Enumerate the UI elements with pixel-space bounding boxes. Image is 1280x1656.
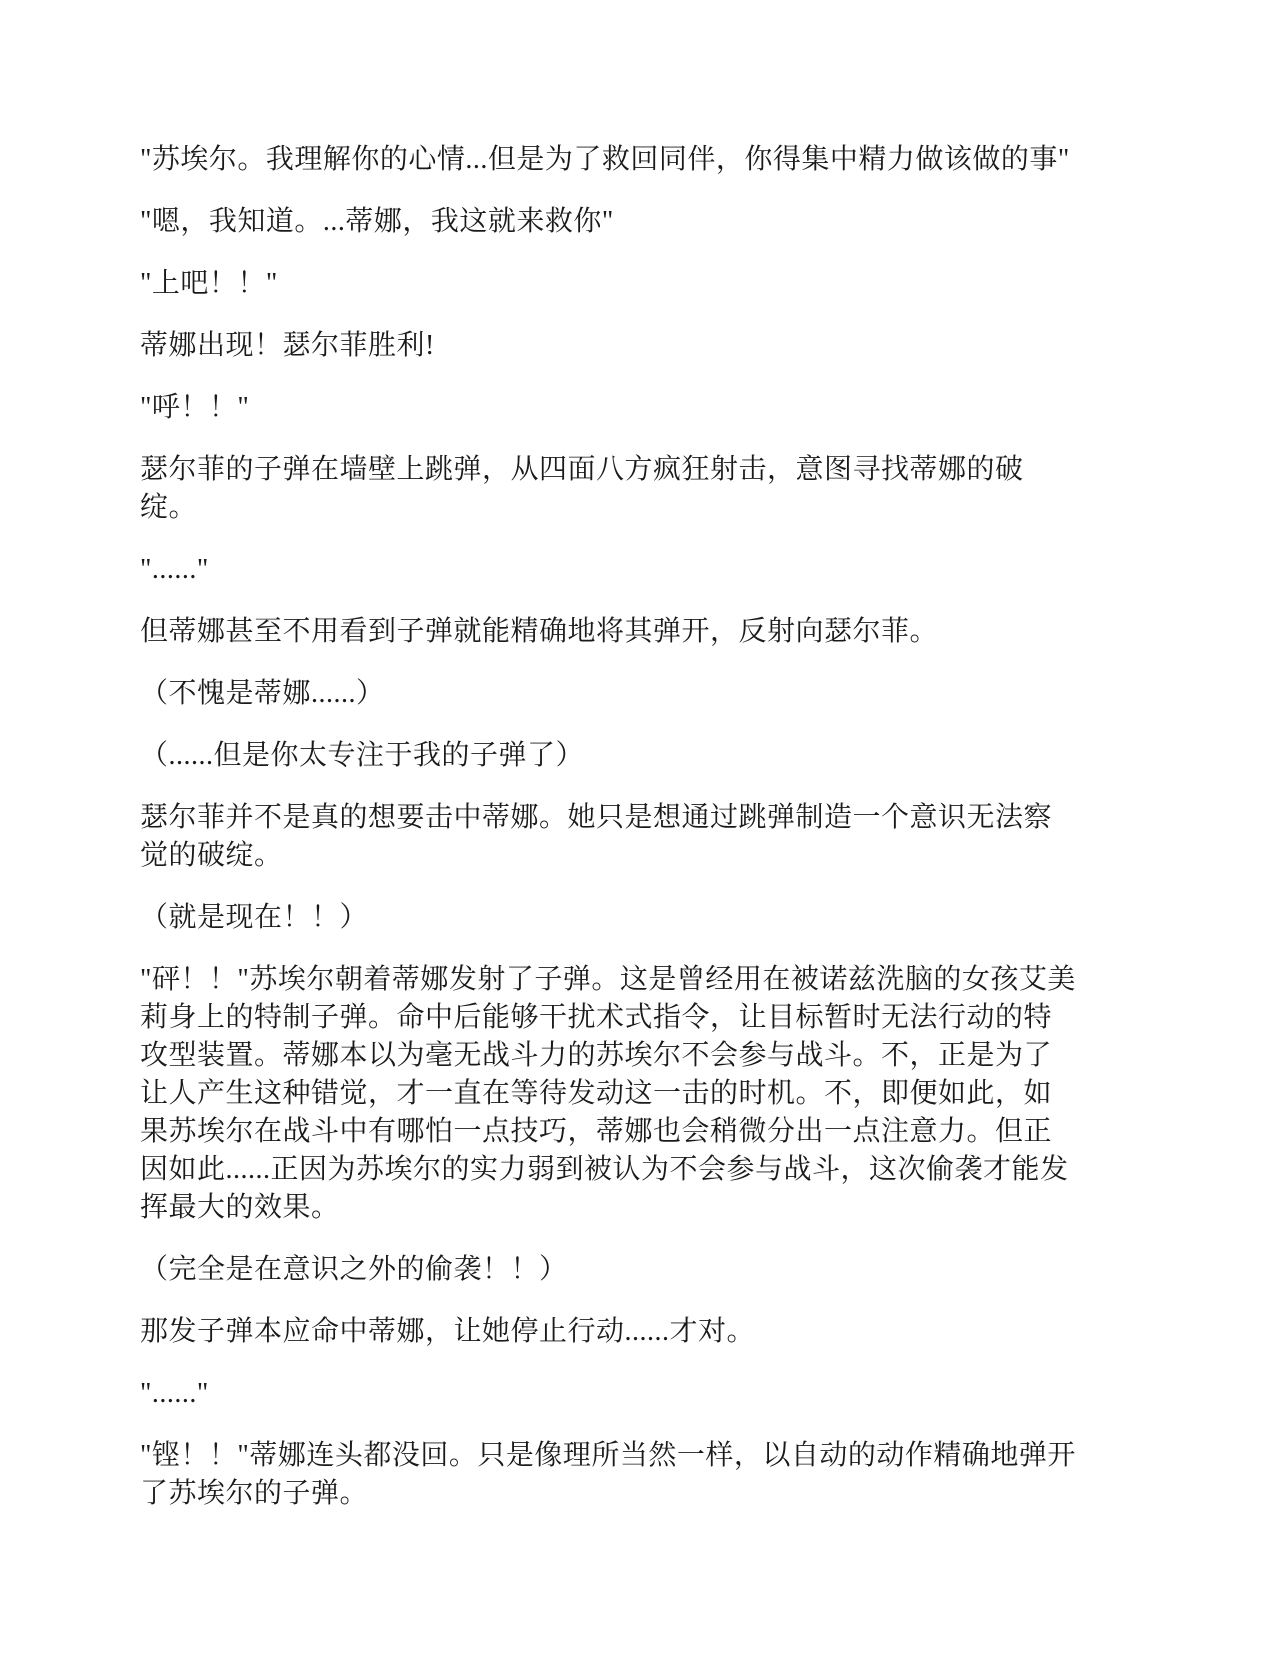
paragraph: "......" <box>140 1375 1080 1413</box>
paragraph: "上吧！！" <box>140 265 1080 303</box>
paragraph: （就是现在！！） <box>140 899 1080 937</box>
paragraph: （完全是在意识之外的偷袭！！） <box>140 1251 1080 1289</box>
paragraph: "嗯，我知道。...蒂娜，我这就来救你" <box>140 203 1080 241</box>
paragraph: "呼！！" <box>140 389 1080 427</box>
paragraph: （不愧是蒂娜......） <box>140 675 1080 713</box>
paragraph: 瑟尔菲的子弹在墙壁上跳弹，从四面八方疯狂射击，意图寻找蒂娜的破绽。 <box>140 451 1080 527</box>
paragraph: "苏埃尔。我理解你的心情...但是为了救回同伴，你得集中精力做该做的事" <box>140 141 1080 179</box>
paragraph: "砰！！"苏埃尔朝着蒂娜发射了子弹。这是曾经用在被诺兹洗脑的女孩艾美莉身上的特制… <box>140 961 1080 1227</box>
paragraph: 瑟尔菲并不是真的想要击中蒂娜。她只是想通过跳弹制造一个意识无法察觉的破绽。 <box>140 799 1080 875</box>
paragraph: 那发子弹本应命中蒂娜，让她停止行动......才对。 <box>140 1313 1080 1351</box>
paragraph: 但蒂娜甚至不用看到子弹就能精确地将其弹开，反射向瑟尔菲。 <box>140 613 1080 651</box>
paragraph: "铿！！"蒂娜连头都没回。只是像理所当然一样，以自动的动作精确地弹开了苏埃尔的子… <box>140 1437 1080 1513</box>
document-page: "苏埃尔。我理解你的心情...但是为了救回同伴，你得集中精力做该做的事" "嗯，… <box>0 0 1280 1513</box>
paragraph: （......但是你太专注于我的子弹了） <box>140 737 1080 775</box>
paragraph: "......" <box>140 551 1080 589</box>
paragraph: 蒂娜出现！瑟尔菲胜利! <box>140 327 1080 365</box>
